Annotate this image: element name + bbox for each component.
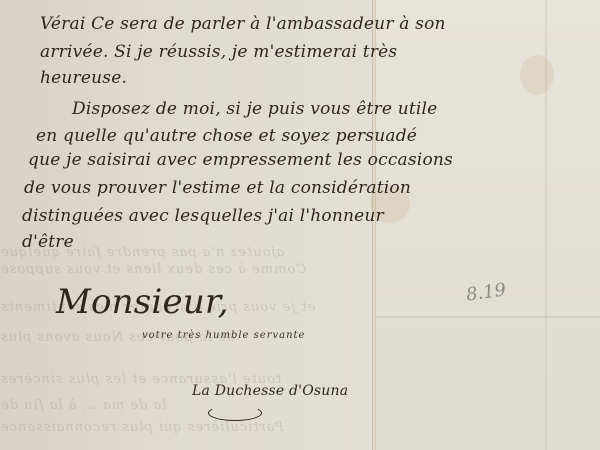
letter-line: que je saisirai avec empressement les oc… [28,150,453,170]
horizontal-fold [376,316,600,318]
bleed-through-text: Particulières qui plus reconnaissance [0,420,284,435]
salutation: Monsieur, [56,282,229,322]
letter-line: en quelle qu'autre chose et soyez persua… [36,126,417,146]
letter-line: Disposez de moi, si je puis vous être ut… [72,99,437,119]
letter-line: d'être [22,232,74,252]
bleed-through-text: la de ma ... à la fin de [0,398,166,413]
signature: La Duchesse d'Osuna [192,383,348,399]
paper-stain [520,55,554,95]
letter-page-right [376,0,600,450]
closing-line: votre très humble servante [142,330,305,341]
letter-line: distinguées avec lesquelles j'ai l'honne… [22,206,384,226]
letter-line: Vérai Ce sera de parler à l'ambassadeur … [40,14,446,34]
bleed-through-text: Comme à ces deux liens et vous suppose [0,262,306,277]
signature-flourish [208,405,262,421]
letter-line: de vous prouver l'estime et la considéra… [24,178,411,198]
letter-line: arrivée. Si je réussis, je m'estimerai t… [40,42,397,62]
letter-line: heureuse. [40,68,127,88]
